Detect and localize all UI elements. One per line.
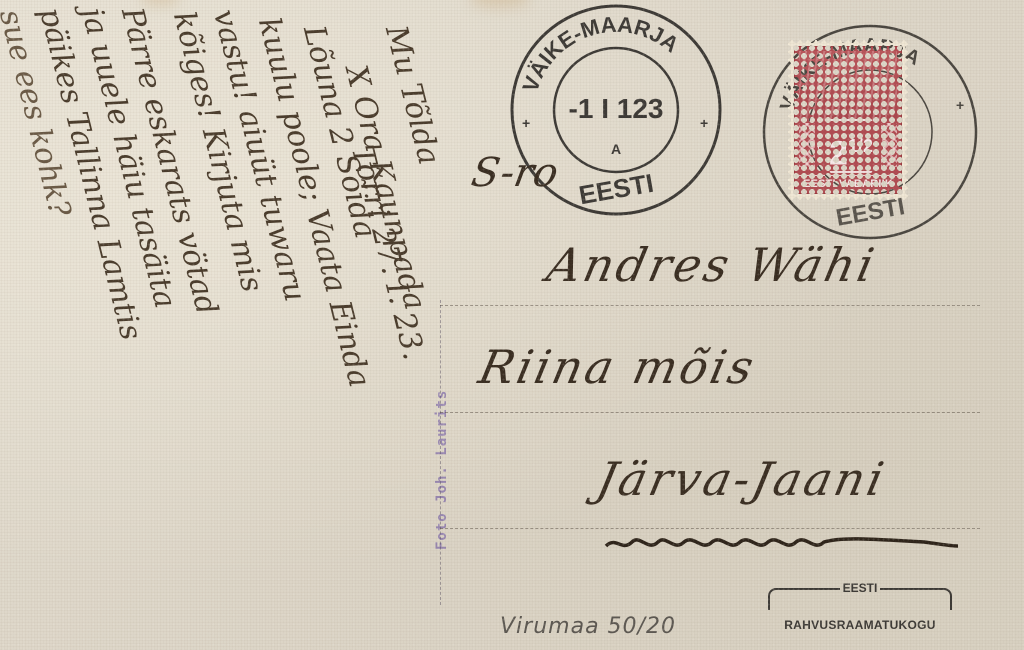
library-stamp-top: EESTI [768, 581, 952, 595]
address-rule [440, 305, 980, 306]
postage-stamp: 21/2 EESTI VABARIIK [788, 40, 908, 200]
svg-text:VÄIKE-MAARJA: VÄIKE-MAARJA [517, 12, 683, 96]
stamp-illustration [799, 51, 897, 121]
address-rule [440, 412, 980, 413]
library-stamp-name: RAHVUSRAAMATUKOGU [768, 618, 952, 632]
postcard: Kallis Tallinna öötäpsuslaste oks. Mu Tõ… [0, 0, 1024, 650]
photographer-imprint: Foto Joh. Laurits [434, 390, 450, 550]
address-name: Andres Wähi [542, 238, 881, 292]
underline-flourish [604, 530, 960, 556]
address-salutation: S-ro [468, 150, 562, 196]
address-rule [440, 528, 980, 529]
stamp-value: 21/2 [817, 119, 885, 173]
postmark-place: VÄIKE-MAARJA [517, 12, 683, 96]
svg-text:+: + [956, 97, 964, 113]
postmark-letter: A [611, 141, 621, 157]
address-estate: Riina mõis [474, 340, 761, 394]
library-stamp: EESTI RAHVUSRAAMATUKOGU [768, 584, 952, 634]
stamp-ornament [799, 123, 815, 167]
postmark-country: EESTI [577, 168, 656, 211]
card-divider [440, 300, 441, 605]
svg-text:+: + [700, 115, 708, 131]
message-area: Kallis Tallinna öötäpsuslaste oks. Mu Tõ… [0, 0, 440, 650]
svg-text:+: + [522, 115, 530, 131]
address-parish: Järva-Jaani [592, 452, 891, 506]
postmark-date: -1 I 123 [569, 93, 664, 124]
stamp-label: EESTI VABARIIK [797, 175, 899, 190]
pencil-note: Virumaa 50/20 [500, 614, 676, 639]
